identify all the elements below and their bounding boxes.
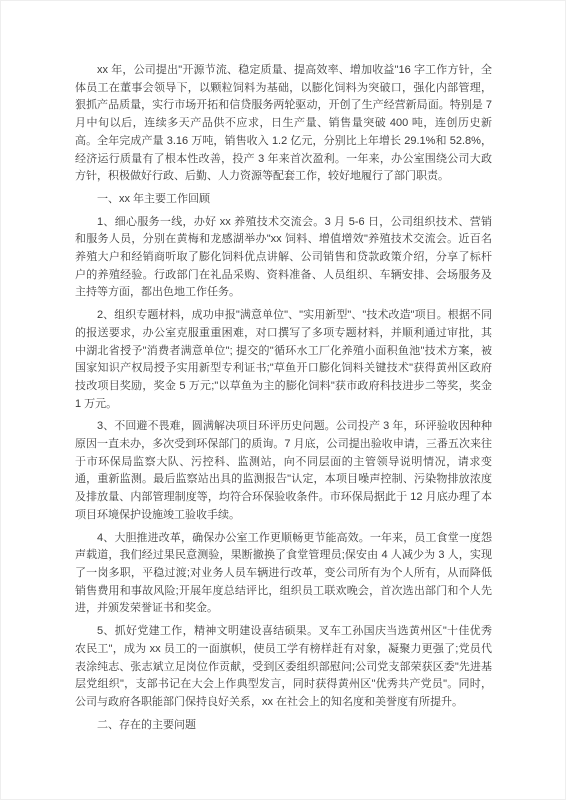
section-heading-2: 二、存在的主要问题: [75, 717, 492, 735]
document-page: xx 年，公司提出"开源节流、稳定质量、提高效率、增加收益"16 字工作方针，全…: [0, 0, 566, 800]
item-paragraph-2: 2、组织专题材料，成功申报"满意单位"、"实用新型"、"技术改造"项目。根据不同…: [75, 307, 492, 413]
item-paragraph-3: 3、不回避不畏难，圆满解决项目环评历史问题。公司投产 3 年，环评验收因种种原因…: [75, 418, 492, 524]
section-heading-1: 一、xx 年主要工作回顾: [75, 191, 492, 209]
intro-paragraph: xx 年，公司提出"开源节流、稳定质量、提高效率、增加收益"16 字工作方针，全…: [75, 62, 492, 186]
item-paragraph-5: 5、抓好党建工作，精神文明建设喜结硕果。叉车工孙国庆当选黄州区"十佳优秀农民工"…: [75, 623, 492, 712]
item-paragraph-1: 1、细心服务一线，办好 xx 养殖技术交流会。3 月 5-6 日，公司组织技术、…: [75, 214, 492, 303]
item-paragraph-4: 4、大胆推进改革，确保办公室工作更顺畅更节能高效。一年来，员工食堂一度怨声载道，…: [75, 530, 492, 619]
